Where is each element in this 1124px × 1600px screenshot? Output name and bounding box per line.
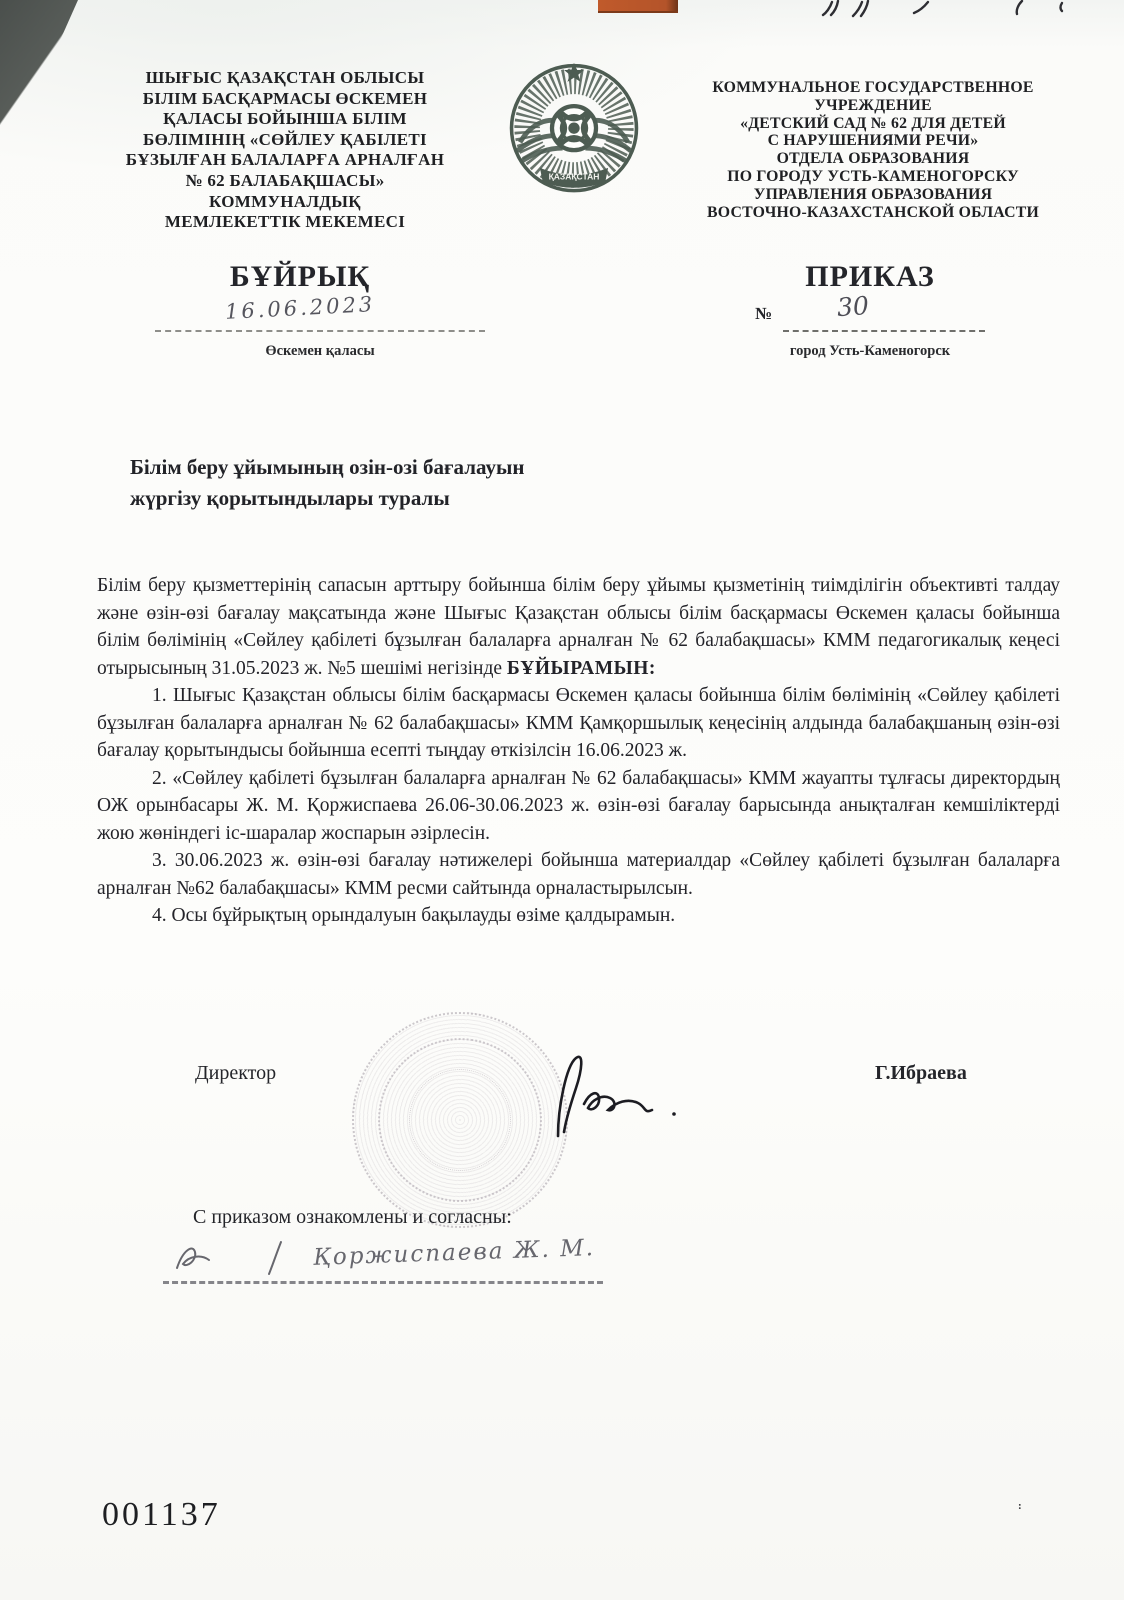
order-title-kazakh: БҰЙРЫҚ [150,260,450,294]
handwritten-date: 16.06.2023 [224,292,375,324]
org-name-ru-line: С НАРУШЕНИЯМИ РЕЧИ» [652,132,1094,150]
org-name-kk-line: БҰЗЫЛҒАН БАЛАЛАРҒА АРНАЛҒАН [84,150,486,171]
intro-paragraph: Білім беру қызметтерінің сапасын арттыру… [97,572,1060,682]
org-name-kk-line: МЕМЛЕКЕТТІК МЕКЕМЕСІ [84,212,486,233]
org-name-kk-line: КОММУНАЛДЫҚ [84,192,486,213]
handwritten-order-number: 30 [836,291,870,322]
acknowledgement-signature-mark [169,1238,309,1280]
org-name-ru-line: КОММУНАЛЬНОЕ ГОСУДАРСТВЕННОЕ [652,79,1094,97]
folder-tab [598,0,678,13]
org-name-ru-line: УЧРЕЖДЕНИЕ [652,97,1094,115]
org-name-kazakh: ШЫҒЫС ҚАЗАҚСТАН ОБЛЫСЫ БІЛІМ БАСҚАРМАСЫ … [84,68,486,233]
scanned-order-document: ШЫҒЫС ҚАЗАҚСТАН ОБЛЫСЫ БІЛІМ БАСҚАРМАСЫ … [0,0,1124,1600]
subject-line-2: жүргізу қорытындылары туралы [130,483,610,514]
acknowledgement-label: С приказом ознакомлены и согласны: [193,1206,512,1229]
order-date-block: 16.06.2023 [155,296,485,332]
acknowledgement-handwritten-name: Қоржиспаева Ж. М. [313,1235,596,1271]
org-name-kk-line: БӨЛІМІНІҢ «СӨЙЛЕУ ҚАБІЛЕТІ [84,130,486,151]
org-name-ru-line: ОТДЕЛА ОБРАЗОВАНИЯ [652,150,1094,168]
number-sign-label: № [755,304,772,324]
org-name-ru-line: ВОСТОЧНО-КАЗАХСТАНСКОЙ ОБЛАСТИ [652,204,1094,222]
date-underline [155,330,485,332]
subject-line-1: Білім беру ұйымының озін-озі бағалауын [130,452,610,483]
director-name: Г.Ибраева [875,1062,967,1085]
order-item-4: 4. Осы бұйрықтың орындалуын бақылауды өз… [97,902,1060,930]
org-name-kk-line: ҚАЛАСЫ БОЙЫНША БІЛІМ [84,109,486,130]
order-place-russian: город Усть-Каменогорск [735,343,1005,360]
org-name-kk-line: ШЫҒЫС ҚАЗАҚСТАН ОБЛЫСЫ [84,68,486,89]
resolve-word: БҰЙЫРАМЫН: [507,658,656,679]
pen-marks-icon [810,0,1070,26]
order-number-block: № 30 [755,296,985,332]
org-name-russian: КОММУНАЛЬНОЕ ГОСУДАРСТВЕННОЕ УЧРЕЖДЕНИЕ … [652,79,1094,221]
ink-dot: : [1018,1500,1023,1509]
org-name-kk-line: БІЛІМ БАСҚАРМАСЫ ӨСКЕМЕН [84,89,486,110]
order-place-kazakh: Өскемен қаласы [155,343,485,360]
org-name-kk-line: № 62 БАЛАБАҚШАСЫ» [84,171,486,192]
number-underline [783,330,985,332]
order-item-3: 3. 30.06.2023 ж. өзін-өзі бағалау нәтиже… [97,847,1060,902]
kazakhstan-emblem-icon: ҚАЗАҚСТАН [503,60,645,202]
order-title-russian: ПРИКАЗ [735,260,1005,294]
org-name-ru-line: УПРАВЛЕНИЯ ОБРАЗОВАНИЯ [652,186,1094,204]
org-name-ru-line: «ДЕТСКИЙ САД № 62 ДЛЯ ДЕТЕЙ [652,115,1094,133]
order-item-2: 2. «Сөйлеу қабілеті бұзылған балаларға а… [97,765,1060,848]
emblem-banner-text: ҚАЗАҚСТАН [549,171,600,181]
order-item-1: 1. Шығыс Қазақстан облысы білім басқарма… [97,682,1060,765]
acknowledgement-signature-row: Қоржиспаева Ж. М. [163,1232,603,1284]
order-subject: Білім беру ұйымының озін-озі бағалауын ж… [130,452,610,514]
director-signature [528,1048,688,1140]
org-name-ru-line: ПО ГОРОДУ УСТЬ-КАМЕНОГОРСКУ [652,168,1094,186]
form-serial-number: 001137 [102,1496,221,1534]
order-body: Білім беру қызметтерінің сапасын арттыру… [97,572,1060,930]
director-role-label: Директор [195,1062,276,1085]
